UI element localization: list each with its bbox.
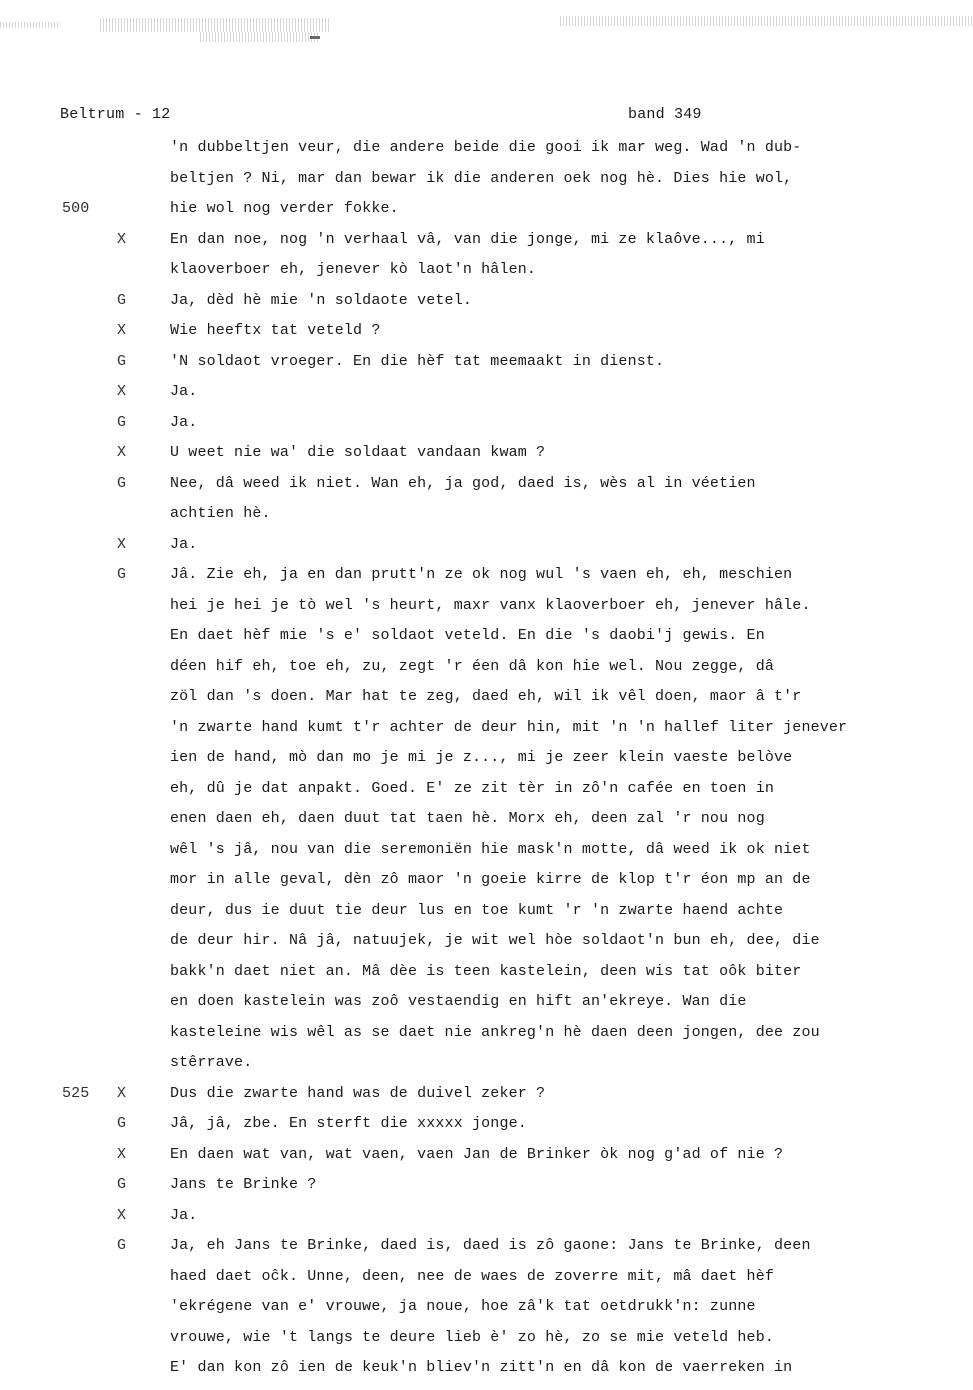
transcript-line: GJa, dèd hè mie 'n soldaote vetel.	[0, 286, 973, 317]
transcript-line: E' dan kon zô ien de keuk'n bliev'n zitt…	[0, 1353, 973, 1384]
speaker-label: G	[117, 1231, 126, 1262]
transcript-line: XEn daen wat van, wat vaen, vaen Jan de …	[0, 1140, 973, 1171]
transcript-line: XU weet nie wa' die soldaat vandaan kwam…	[0, 438, 973, 469]
transcript-text: hei je hei je tò wel 's heurt, maxr vanx…	[170, 591, 811, 622]
transcript-text: déen hif eh, toe eh, zu, zegt 'r éen dâ …	[170, 652, 774, 683]
speaker-label: X	[117, 225, 126, 256]
transcript-line: GJa, eh Jans te Brinke, daed is, daed is…	[0, 1231, 973, 1262]
transcript-line: enen daen eh, daen duut tat taen hè. Mor…	[0, 804, 973, 835]
transcript-text: achtien hè.	[170, 499, 271, 530]
speaker-label: X	[117, 1201, 126, 1232]
transcript-line: haed daet oĉk. Unne, deen, nee de waes d…	[0, 1262, 973, 1293]
transcript-line: eh, dû je dat anpakt. Goed. E' ze zit tè…	[0, 774, 973, 805]
transcript-line: stêrrave.	[0, 1048, 973, 1079]
transcript-text: Ja, dèd hè mie 'n soldaote vetel.	[170, 286, 472, 317]
transcript-text: En daen wat van, wat vaen, vaen Jan de B…	[170, 1140, 783, 1171]
transcript-text: vrouwe, wie 't langs te deure lieb è' zo…	[170, 1323, 774, 1354]
transcript-line: hei je hei je tò wel 's heurt, maxr vanx…	[0, 591, 973, 622]
transcript-line: beltjen ? Ni, mar dan bewar ik die ander…	[0, 164, 973, 195]
transcript-text: Ja.	[170, 530, 197, 561]
transcript-line: En daet hèf mie 's e' soldaot veteld. En…	[0, 621, 973, 652]
transcript-line: GJa.	[0, 408, 973, 439]
transcript-text: wêl 's jâ, nou van die seremoniën hie ma…	[170, 835, 811, 866]
transcript-text: deur, dus ie duut tie deur lus en toe ku…	[170, 896, 783, 927]
transcript-text: ien de hand, mò dan mo je mi je z..., mi…	[170, 743, 792, 774]
transcript-text: E' dan kon zô ien de keuk'n bliev'n zitt…	[170, 1353, 792, 1384]
line-number: 500	[62, 194, 89, 225]
speaker-label: X	[117, 377, 126, 408]
transcript-text: enen daen eh, daen duut tat taen hè. Mor…	[170, 804, 765, 835]
transcript-line: mor in alle geval, dèn zô maor 'n goeie …	[0, 865, 973, 896]
transcript-line: de deur hir. Nâ jâ, natuujek, je wit wel…	[0, 926, 973, 957]
line-number: 525	[62, 1079, 89, 1110]
transcript-text: Ja, eh Jans te Brinke, daed is, daed is …	[170, 1231, 811, 1262]
transcript-text: En daet hèf mie 's e' soldaot veteld. En…	[170, 621, 765, 652]
transcript-line: XWie heeftx tat veteld ?	[0, 316, 973, 347]
transcript-text: eh, dû je dat anpakt. Goed. E' ze zit tè…	[170, 774, 774, 805]
speaker-label: G	[117, 286, 126, 317]
transcript-text: 'N soldaot vroeger. En die hèf tat meema…	[170, 347, 664, 378]
transcript-line: GJâ. Zie eh, ja en dan prutt'n ze ok nog…	[0, 560, 973, 591]
transcript-line: kasteleine wis wêl as se daet nie ankreg…	[0, 1018, 973, 1049]
speaker-label: G	[117, 347, 126, 378]
transcript-line: deur, dus ie duut tie deur lus en toe ku…	[0, 896, 973, 927]
transcript-text: Wie heeftx tat veteld ?	[170, 316, 380, 347]
transcript-text: zöl dan 's doen. Mar hat te zeg, daed eh…	[170, 682, 801, 713]
transcript-line: ien de hand, mò dan mo je mi je z..., mi…	[0, 743, 973, 774]
speaker-label: X	[117, 438, 126, 469]
speaker-label: G	[117, 408, 126, 439]
speaker-label: X	[117, 1140, 126, 1171]
document-reference: Beltrum - 12	[60, 106, 170, 123]
transcript-line: XEn dan noe, nog 'n verhaal vâ, van die …	[0, 225, 973, 256]
transcript-line: XJa.	[0, 1201, 973, 1232]
transcript-text: 'n zwarte hand kumt t'r achter de deur h…	[170, 713, 847, 744]
transcript-text: 'n dubbeltjen veur, die andere beide die…	[170, 133, 801, 164]
scan-artifact-noise	[0, 10, 973, 50]
transcript-line: vrouwe, wie 't langs te deure lieb è' zo…	[0, 1323, 973, 1354]
transcript-text: Dus die zwarte hand was de duivel zeker …	[170, 1079, 545, 1110]
transcript-text: 'ekrégene van e' vrouwe, ja noue, hoe zâ…	[170, 1292, 756, 1323]
transcript-line: 525XDus die zwarte hand was de duivel ze…	[0, 1079, 973, 1110]
transcript-text: de deur hir. Nâ jâ, natuujek, je wit wel…	[170, 926, 820, 957]
transcript-text: Ja.	[170, 1201, 197, 1232]
transcript-text: kasteleine wis wêl as se daet nie ankreg…	[170, 1018, 820, 1049]
transcript-line: GJâ, jâ, zbe. En sterft die xxxxx jonge.	[0, 1109, 973, 1140]
transcript-text: Jans te Brinke ?	[170, 1170, 316, 1201]
transcript-text: klaoverboer eh, jenever kò laot'n hâlen.	[170, 255, 536, 286]
transcript-text: Ja.	[170, 377, 197, 408]
transcript-line: XJa.	[0, 530, 973, 561]
transcript-text: beltjen ? Ni, mar dan bewar ik die ander…	[170, 164, 792, 195]
transcript-text: mor in alle geval, dèn zô maor 'n goeie …	[170, 865, 811, 896]
tape-number: band 349	[628, 106, 702, 123]
transcript-line: bakk'n daet niet an. Mâ dèe is teen kast…	[0, 957, 973, 988]
speaker-label: G	[117, 1109, 126, 1140]
transcript-line: GNee, dâ weed ik niet. Wan eh, ja god, d…	[0, 469, 973, 500]
transcript-text: stêrrave.	[170, 1048, 252, 1079]
speaker-label: G	[117, 469, 126, 500]
page-header: Beltrum - 12 band 349	[60, 106, 973, 128]
transcript-text: Nee, dâ weed ik niet. Wan eh, ja god, da…	[170, 469, 756, 500]
transcript-line: XJa.	[0, 377, 973, 408]
transcript-line: zöl dan 's doen. Mar hat te zeg, daed eh…	[0, 682, 973, 713]
transcript-text: bakk'n daet niet an. Mâ dèe is teen kast…	[170, 957, 801, 988]
transcript-text: U weet nie wa' die soldaat vandaan kwam …	[170, 438, 545, 469]
transcript-line: 500hie wol nog verder fokke.	[0, 194, 973, 225]
transcript-text: Jâ. Zie eh, ja en dan prutt'n ze ok nog …	[170, 560, 792, 591]
transcript-line: 'n zwarte hand kumt t'r achter de deur h…	[0, 713, 973, 744]
speaker-label: X	[117, 530, 126, 561]
transcript-text: hie wol nog verder fokke.	[170, 194, 399, 225]
transcript-text: Jâ, jâ, zbe. En sterft die xxxxx jonge.	[170, 1109, 527, 1140]
transcript-line: GJans te Brinke ?	[0, 1170, 973, 1201]
transcript-text: en doen kastelein was zoô vestaendig en …	[170, 987, 747, 1018]
transcript-body: 'n dubbeltjen veur, die andere beide die…	[0, 133, 973, 1384]
transcript-line: wêl 's jâ, nou van die seremoniën hie ma…	[0, 835, 973, 866]
transcript-line: 'ekrégene van e' vrouwe, ja noue, hoe zâ…	[0, 1292, 973, 1323]
transcript-line: klaoverboer eh, jenever kò laot'n hâlen.	[0, 255, 973, 286]
transcript-line: 'n dubbeltjen veur, die andere beide die…	[0, 133, 973, 164]
transcript-line: en doen kastelein was zoô vestaendig en …	[0, 987, 973, 1018]
transcript-line: déen hif eh, toe eh, zu, zegt 'r éen dâ …	[0, 652, 973, 683]
speaker-label: G	[117, 560, 126, 591]
speaker-label: G	[117, 1170, 126, 1201]
transcript-line: G'N soldaot vroeger. En die hèf tat meem…	[0, 347, 973, 378]
transcript-text: Ja.	[170, 408, 197, 439]
transcript-text: haed daet oĉk. Unne, deen, nee de waes d…	[170, 1262, 774, 1293]
speaker-label: X	[117, 316, 126, 347]
speaker-label: X	[117, 1079, 126, 1110]
transcript-line: achtien hè.	[0, 499, 973, 530]
transcript-text: En dan noe, nog 'n verhaal vâ, van die j…	[170, 225, 765, 256]
